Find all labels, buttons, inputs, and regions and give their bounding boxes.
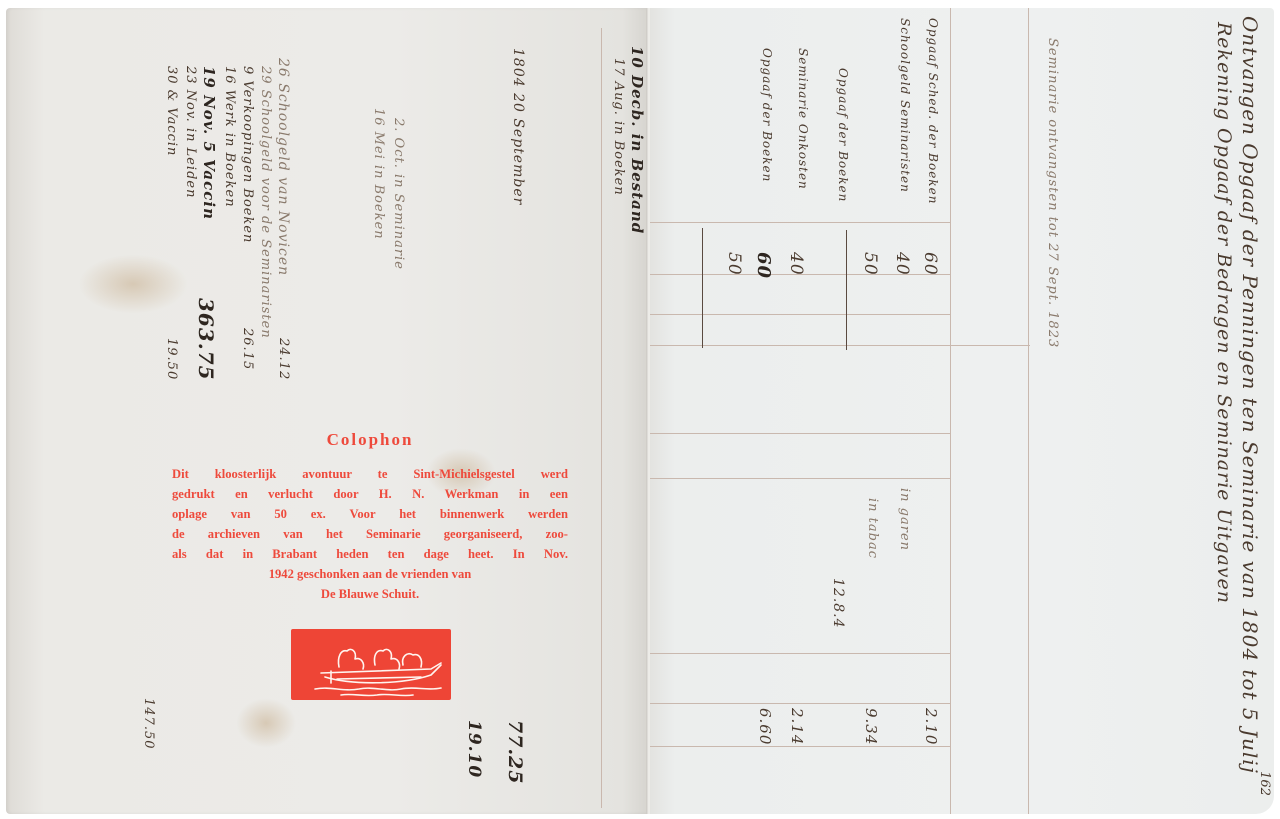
colophon-line: 1942 geschonken aan de vrienden van [172, 564, 568, 584]
column-rule [601, 28, 602, 808]
ledger-entry: in tabac [865, 498, 880, 559]
colophon-line: als dat in Brabant heden ten dage heet. … [172, 544, 568, 564]
ledger-value: 40 [786, 252, 806, 276]
colophon: Colophon Dit kloosterlijk avontuur te Si… [172, 430, 568, 604]
handwriting-line: 30 & Vaccin [164, 66, 179, 156]
colophon-line: oplage van 50 ex. Voor het binnenwerk we… [172, 504, 568, 524]
handwriting-line: 17 Aug. in Boeken [611, 58, 626, 196]
ledger-rule [650, 314, 950, 315]
colophon-text: Dit kloosterlijk avontuur te Sint-Michie… [172, 464, 568, 604]
boat-vignette [291, 629, 451, 700]
handwriting-line: 19 Nov. 5 Vaccin [200, 66, 218, 220]
handwriting-line: 10 Decb. in Bestand [628, 46, 646, 234]
ledger-value: 60 [920, 252, 940, 276]
ledger-entry: Seminarie Onkosten [796, 48, 810, 190]
column-rule [702, 228, 703, 348]
ledger-entry: Opgaaf Sched. der Boeken [926, 18, 940, 204]
ledger-value: 50 [724, 252, 744, 276]
ledger-entry: 2.14 [788, 708, 806, 745]
ledger-entry: in garen [897, 488, 912, 551]
stain [236, 698, 296, 748]
colophon-title: Colophon [172, 430, 568, 450]
amount: 19.10 [464, 720, 484, 778]
handwriting-line: 29 Schoolgeld voor de Seminaristen [258, 66, 273, 339]
ledger-entry: Opgaaf der Boeken [836, 68, 850, 202]
ledger-value: 50 [860, 252, 880, 276]
ledger-rule [650, 703, 950, 704]
page-heading: Rekening Opgaaf der Bedragen en Seminari… [1213, 22, 1235, 604]
column-rule [846, 230, 847, 350]
ledger-rule [650, 345, 1030, 346]
handwriting-line: 26 Schoolgeld van Novicen [275, 58, 291, 276]
handwriting-line: 2. Oct. in Seminarie [391, 118, 406, 270]
ledger-value: 60 [753, 252, 774, 279]
right-page: 60 40 50 60 40 50 Opgaaf Sched. der Boek… [650, 8, 1274, 814]
amount: 19.50 [164, 338, 179, 380]
amount: 24.12 [276, 338, 291, 380]
column-rule [950, 8, 951, 814]
ledger-rule [650, 746, 950, 747]
page-heading: Seminarie ontvangsten tot 27 Sept. 1823 [1045, 38, 1060, 348]
ledger-rule [650, 653, 950, 654]
ledger-rule [650, 222, 950, 223]
ledger-entry: 9.34 [862, 708, 880, 745]
ledger-entry: 12.8.4 [830, 578, 846, 629]
ledger-rule [650, 478, 950, 479]
colophon-line: gedrukt en verlucht door H. N. Werkman i… [172, 484, 568, 504]
colophon-line: De Blauwe Schuit. [172, 584, 568, 604]
column-rule [1028, 8, 1029, 814]
folio-number: 162 [1257, 771, 1272, 796]
handwriting-line: 16 Mei in Boeken [371, 108, 386, 240]
amount: 147.50 [141, 698, 156, 750]
amount: 26.15 [240, 328, 255, 370]
ledger-entry: 6.60 [756, 708, 774, 745]
ledger-entry: Opgaaf der Boeken [760, 48, 774, 182]
handwriting-line: 9 Verkoopingen Boeken [240, 66, 255, 243]
handwriting-line: 1804 20 September [510, 48, 526, 205]
ledger-entry: 2.10 [922, 708, 940, 745]
handwriting-line: 16 Werk in Boeken [222, 66, 237, 208]
rowing-boat-icon [291, 629, 451, 700]
colophon-line: de archieven van het Seminarie georganis… [172, 524, 568, 544]
handwriting-line: 23 Nov. in Leiden [183, 66, 198, 198]
ledger-value: 40 [892, 252, 912, 276]
amount: 77.25 [504, 720, 526, 785]
colophon-line: Dit kloosterlijk avontuur te Sint-Michie… [172, 464, 568, 484]
ledger-rule [650, 433, 950, 434]
ledger-entry: Schoolgeld Seminaristen [898, 18, 912, 193]
amount: 363.75 [194, 298, 218, 381]
stain [78, 254, 188, 314]
book-spread: 26 Schoolgeld van Novicen 29 Schoolgeld … [0, 0, 1280, 819]
page-heading: Ontvangen Opgaaf der Penningen ten Semin… [1238, 16, 1262, 774]
